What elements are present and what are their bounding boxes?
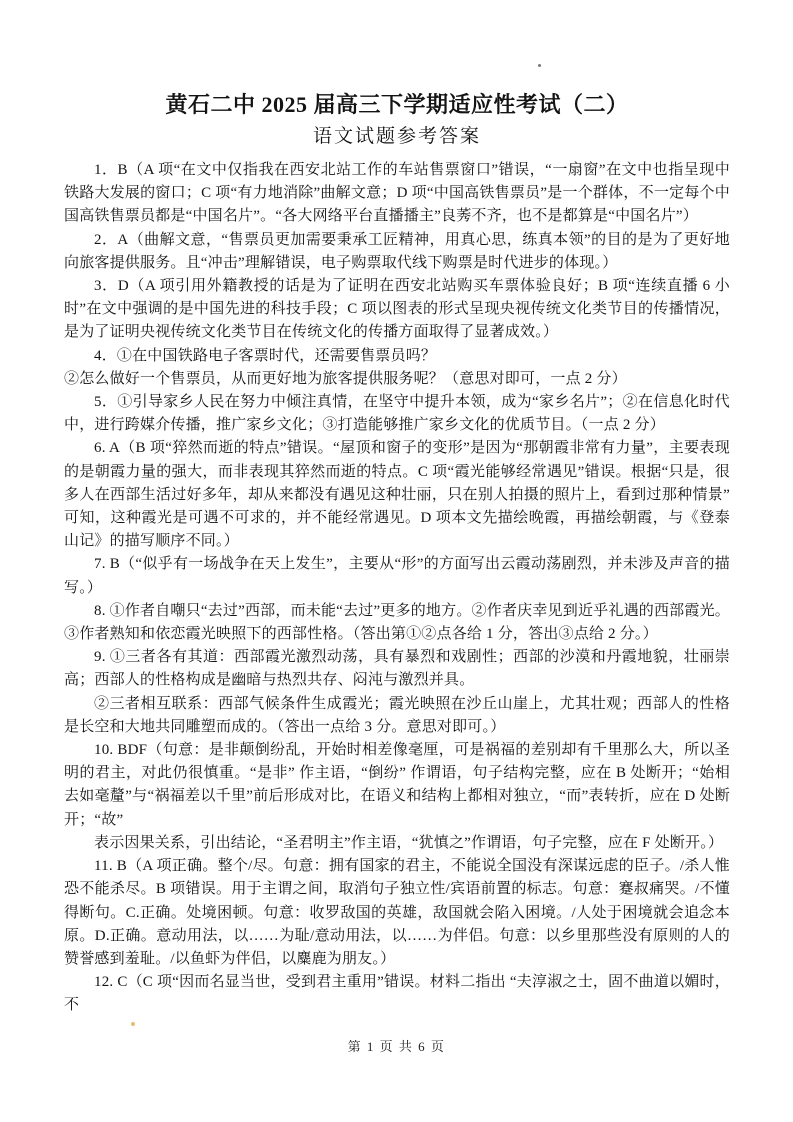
answer-paragraph-4-line1: 4．①在中国铁路电子客票时代，还需要售票员吗？ (64, 345, 730, 368)
answer-paragraph-2: 2．A（曲解文意，“售票员更加需要秉承工匠精神，用真心思，练真本领”的目的是为了… (64, 229, 730, 275)
answer-paragraph-1: 1．B（A 项“在文中仅指我在西安北站工作的车站售票窗口”错误，“一扇窗”在文中… (64, 159, 730, 229)
answer-paragraph-11: 11. B（A 项正确。整个/尽。句意：拥有国家的君主，不能说全国没有深谋远虑的… (64, 855, 730, 971)
answer-paragraph-7: 7. B（“似乎有一场战争在天上发生”，主要从“形”的方面写出云霞动荡剧烈，并未… (64, 553, 730, 599)
answer-paragraph-3: 3．D（A 项引用外籍教授的话是为了证明在西安北站购买车票体验良好；B 项“连续… (64, 275, 730, 345)
answer-paragraph-8: 8. ①作者自嘲只“去过”西部，而未能“去过”更多的地方。②作者庆幸见到近乎礼遇… (64, 600, 730, 646)
page-number: 第 1 页 共 6 页 (0, 1036, 793, 1055)
answer-paragraph-12-truncated: 12. C（C 项“因而名显当世，受到君主重用”错误。材料二指出 “夫淳淑之士，… (64, 971, 730, 1017)
exam-title: 黄石二中 2025 届高三下学期适应性考试（二） (64, 90, 730, 120)
answer-paragraph-6: 6. A（B 项“猝然而逝的特点”错误。“屋顶和窗子的变形”是因为“那朝霞非常有… (64, 437, 730, 553)
answer-key-subtitle: 语文试题参考答案 (64, 124, 730, 150)
ink-speck-artifact (538, 64, 541, 67)
answer-paragraph-5: 5．①引导家乡人民在努力中倾注真情，在坚守中提升本领，成为“家乡名片”；②在信息… (64, 391, 730, 437)
answer-paragraph-10-part2: 表示因果关系，引出结论，“圣君明主”作主语，“犹慎之”作谓语，句子完整，应在 F… (64, 832, 730, 855)
answer-paragraph-4-line2: ②怎么做好一个售票员，从而更好地为旅客提供服务呢？（意思对即可，一点 2 分） (64, 368, 730, 391)
yellow-speck-artifact (131, 1022, 135, 1026)
document-page: 黄石二中 2025 届高三下学期适应性考试（二） 语文试题参考答案 1．B（A … (0, 0, 793, 1122)
document-body: 黄石二中 2025 届高三下学期适应性考试（二） 语文试题参考答案 1．B（A … (64, 90, 730, 1018)
answer-paragraph-9-point1: 9. ①三者各有其道：西部霞光激烈动荡，具有暴烈和戏剧性；西部的沙漠和丹霞地貌，… (64, 646, 730, 692)
answer-paragraph-9-point2: ②三者相互联系：西部气候条件生成霞光；霞光映照在沙丘山崖上，尤其壮观；西部人的性… (64, 693, 730, 739)
answer-paragraph-10-part1: 10. BDF（句意：是非颠倒纷乱，开始时相差像毫厘，可是祸福的差别却有千里那么… (64, 739, 730, 832)
